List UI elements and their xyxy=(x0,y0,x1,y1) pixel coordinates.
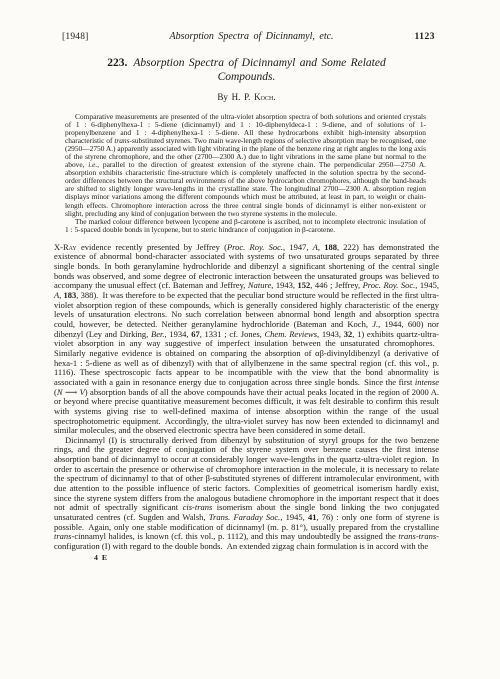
printer-signature: 4 E xyxy=(94,553,439,562)
running-head-year: [1948] xyxy=(54,32,89,43)
body-paragraph-1: X-Ray evidence recently presented by Jef… xyxy=(54,243,439,436)
running-head: [1948] Absorption Spectra of Dicinnamyl,… xyxy=(54,31,439,43)
journal-page: [1948] Absorption Spectra of Dicinnamyl,… xyxy=(0,0,500,679)
running-head-title: Absorption Spectra of Dicinnamyl, etc. xyxy=(89,31,415,42)
article-title-block: 223.Absorption Spectra of Dicinnamyl and… xyxy=(86,57,408,84)
article-heading: 223.Absorption Spectra of Dicinnamyl and… xyxy=(54,57,439,102)
abstract-paragraph-1: Comparative measurements are presented o… xyxy=(65,113,426,218)
article-number: 223. xyxy=(107,57,127,69)
abstract-paragraph-2: The marked colour difference between lyc… xyxy=(65,218,426,234)
body-paragraph-2: Dicinnamyl (I) is structurally derived f… xyxy=(54,436,439,552)
article-byline: By H. P. Koch. xyxy=(54,92,439,102)
article-title: Absorption Spectra of Dicinnamyl and Som… xyxy=(133,57,385,83)
article-body: X-Ray evidence recently presented by Jef… xyxy=(54,243,439,552)
running-head-page-number: 1123 xyxy=(415,32,439,43)
page-content: [1948] Absorption Spectra of Dicinnamyl,… xyxy=(54,31,439,562)
abstract: Comparative measurements are presented o… xyxy=(65,113,426,234)
